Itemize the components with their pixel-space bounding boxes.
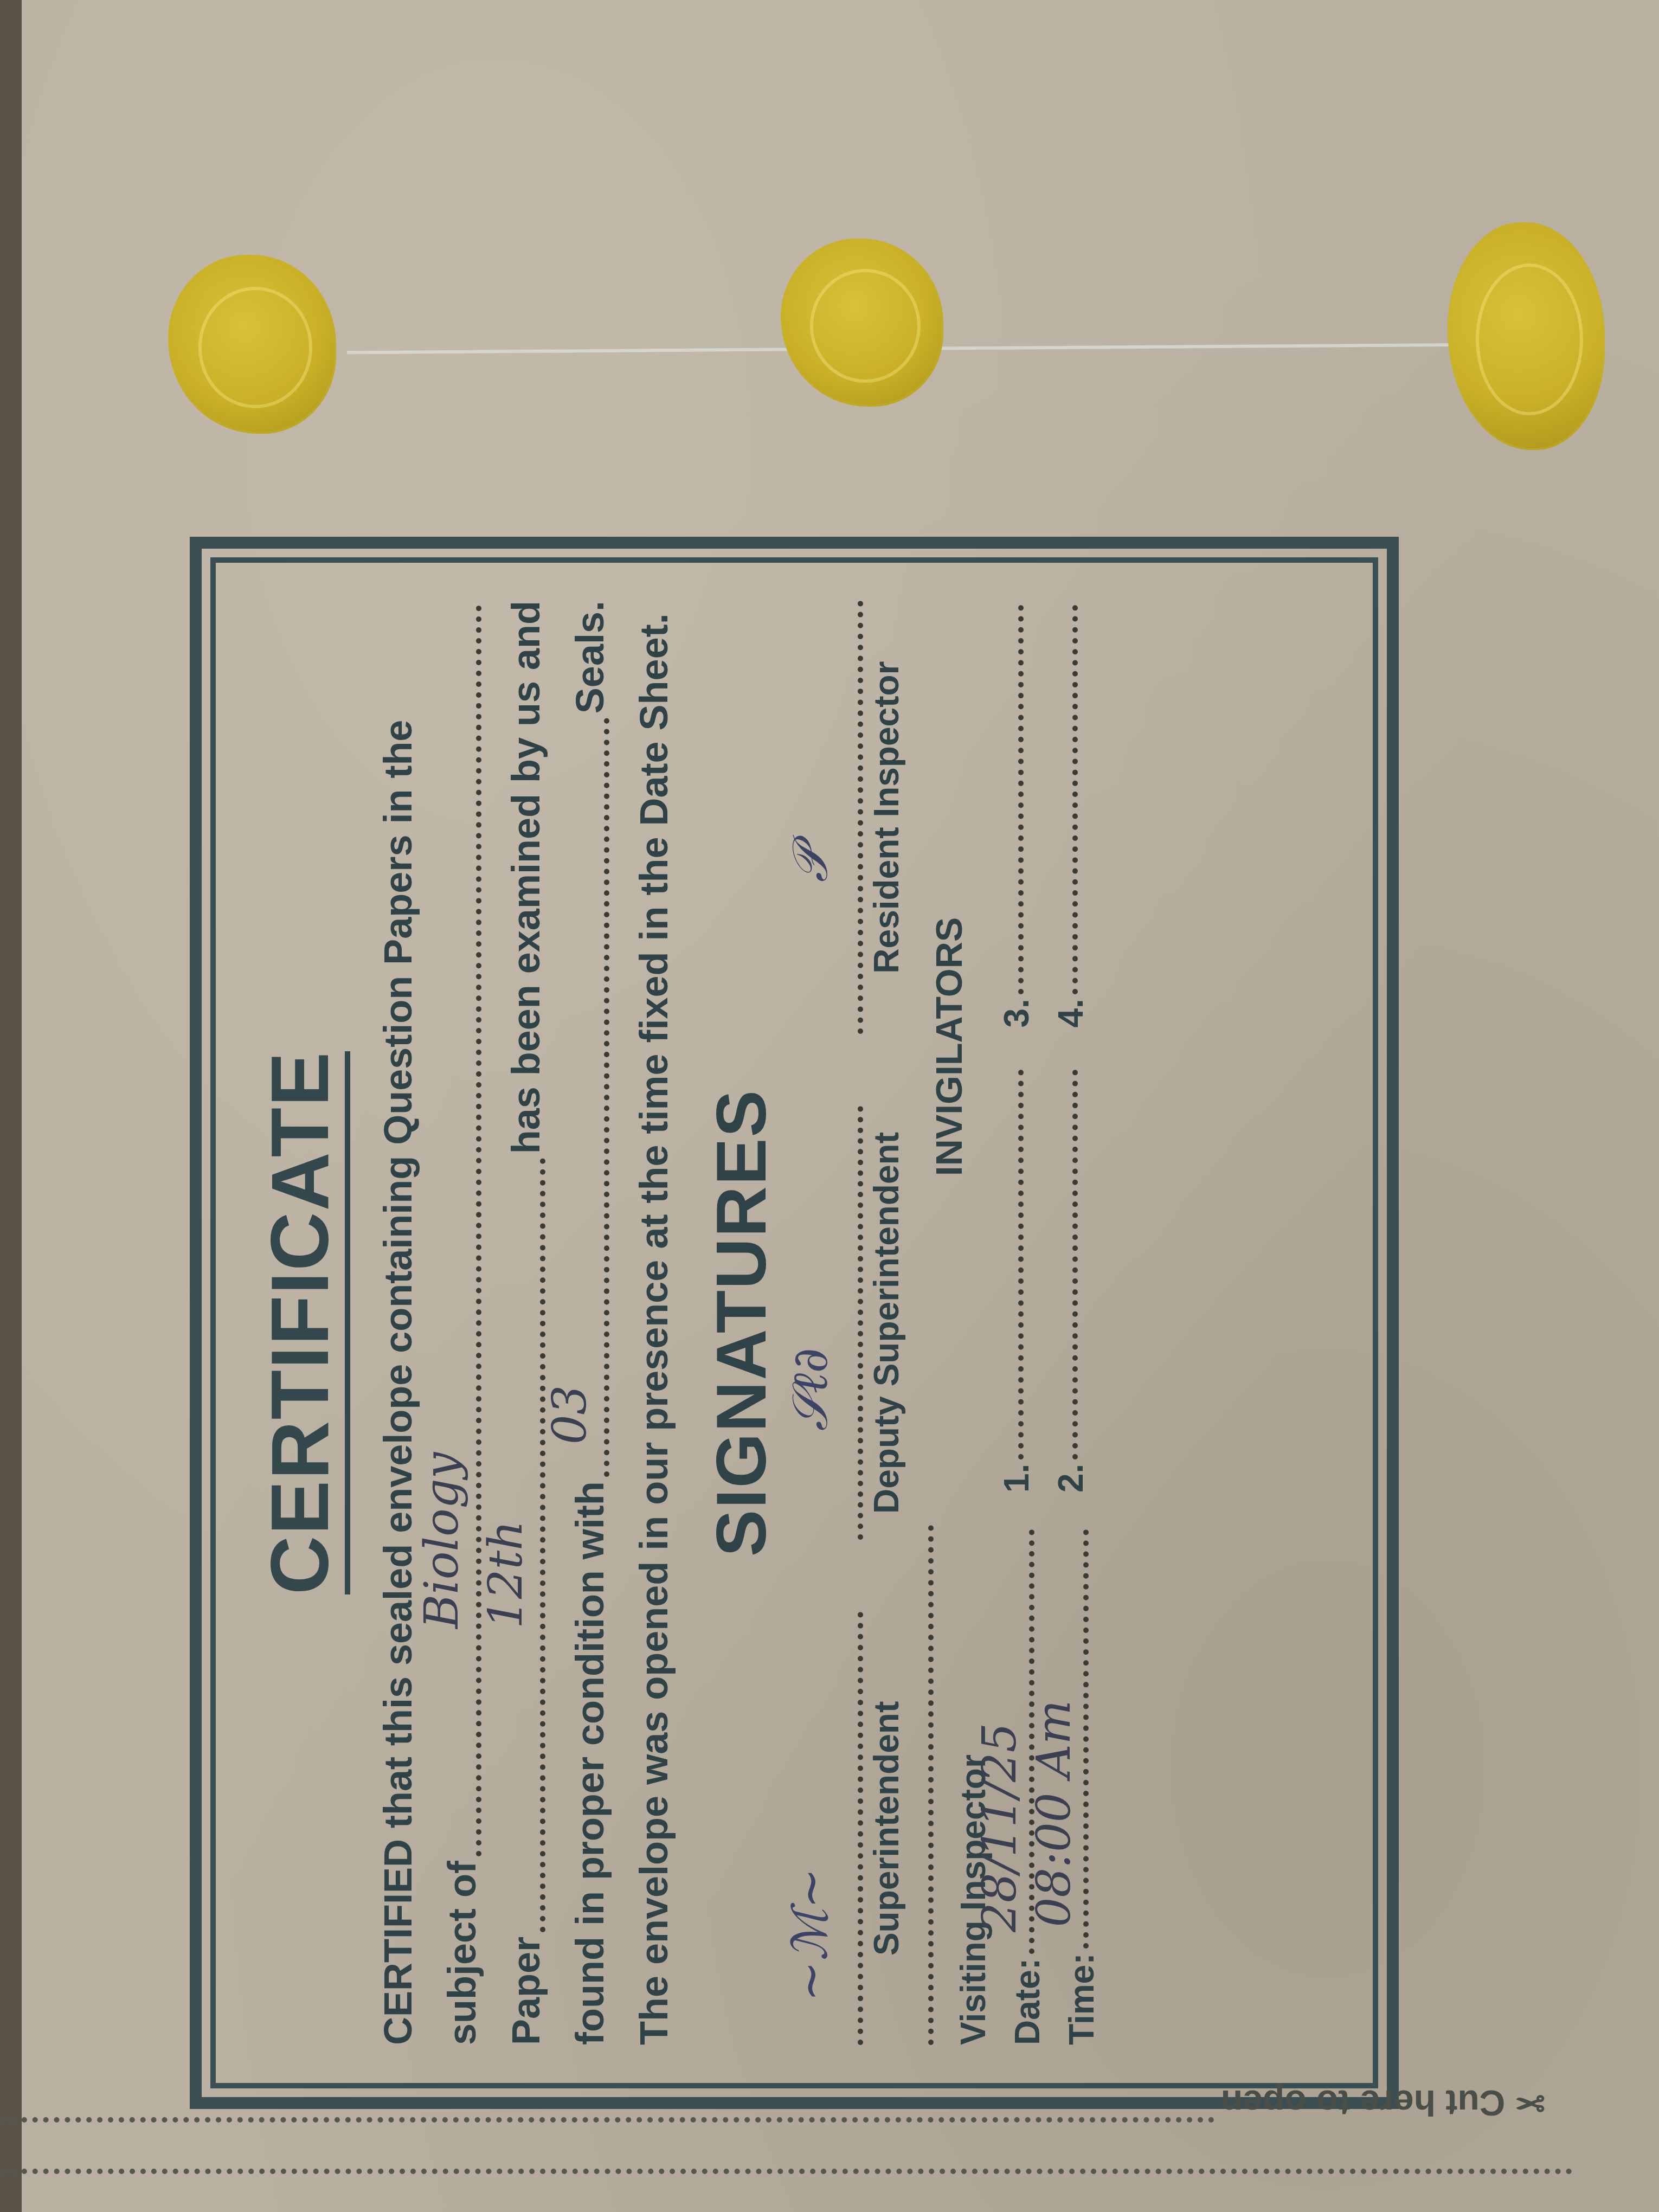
invigilator-4[interactable]: 4. [1037,601,1091,1027]
seals-value: 03 [538,1385,602,1444]
subject-label: subject of [430,1861,494,2045]
date-value: 28/11/25 [973,1723,1027,1932]
signature-label: Resident Inspector [866,601,906,1034]
signature-label: Deputy Superintendent [866,1106,906,1539]
invigilator-number: 1. [996,1464,1037,1493]
body-line-1: CERTIFIED that this sealed envelope cont… [366,720,430,2045]
invigilator-1[interactable]: 1. [982,1065,1037,1492]
invigilator-2[interactable]: 2. [1037,1065,1091,1492]
cut-here-text: Cut here to open [1221,2083,1505,2123]
invigilator-number: 3. [996,999,1037,1027]
seals-label: found in proper condition with [558,1481,622,2045]
signature-deputy-superintendent: 𝒮ℓ∂ Deputy Superintendent [798,1106,906,1539]
signature-scribble: 𝒫 [782,847,839,883]
invigilator-line [1072,1070,1078,1459]
signatures-title: SIGNATURES [700,601,782,2045]
invigilators-section: INVIGILATORS 1. 3. 2. 4. [928,601,1102,1525]
time-value: 08:00 Am [1027,1700,1081,1927]
signature-label: Superintendent [866,1612,906,2045]
body-line-3-suffix: has been examined by us and [494,601,558,1154]
invigilator-line [1018,1070,1024,1459]
signature-superintendent: ~ℳ~ Superintendent [798,1612,906,2045]
cut-here-label: ✂ Cut here to open [1198,2082,1545,2124]
invigilator-line [1018,605,1024,994]
body-line-4-suffix: Seals. [558,601,622,713]
time-field[interactable]: 08:00 Am [1083,1529,1089,1949]
invigilator-number: 4. [1051,999,1091,1027]
date-label: Date: [1007,1958,1047,2045]
signature-scribble: 𝒮ℓ∂ [782,1348,839,1431]
inspector-date-time: Visiting Inspector Date: 28/11/25 Time: … [928,1525,1102,2045]
certificate-title: CERTIFICATE [259,1051,350,1595]
invigilator-3[interactable]: 3. [982,601,1037,1027]
certificate-block: CERTIFICATE CERTIFIED that this sealed e… [190,537,1399,2109]
signature-scribble: ~ℳ~ [782,1868,839,2002]
subject-value: Biology [410,1452,474,1629]
certificate-border-inner: CERTIFICATE CERTIFIED that this sealed e… [210,557,1378,2088]
subject-field[interactable]: Biology [476,605,481,1856]
time-label: Time: [1062,1953,1102,2045]
signatures-row: ~ℳ~ Superintendent 𝒮ℓ∂ Deputy Superinten… [798,601,906,2045]
paper-label: Paper [494,1937,558,2045]
signature-line[interactable]: 𝒫 [798,601,863,1034]
envelope-edge [0,0,22,2212]
cut-line-lower [0,2169,1572,2174]
cut-line[interactable] [0,2117,1214,2123]
signature-resident-inspector: 𝒫 Resident Inspector [798,601,906,1034]
invigilators-title: INVIGILATORS [928,601,982,1493]
time-row: Time: 08:00 Am [1047,1525,1102,2045]
invigilator-line [1072,605,1078,994]
scissors-icon: ✂ [1515,2083,1545,2123]
paper-value: 12th [474,1521,538,1629]
body-line-5: The envelope was opened in our presence … [622,613,686,2045]
invigilator-number: 2. [1051,1464,1091,1493]
certificate-body: CERTIFIED that this sealed envelope cont… [366,601,686,2045]
bottom-section: Visiting Inspector Date: 28/11/25 Time: … [928,601,1102,2045]
paper-field[interactable]: 12th [540,1158,545,1932]
seals-field[interactable]: 03 [604,718,609,1477]
signature-line[interactable]: ~ℳ~ [798,1612,863,2045]
signature-line[interactable]: 𝒮ℓ∂ [798,1106,863,1539]
